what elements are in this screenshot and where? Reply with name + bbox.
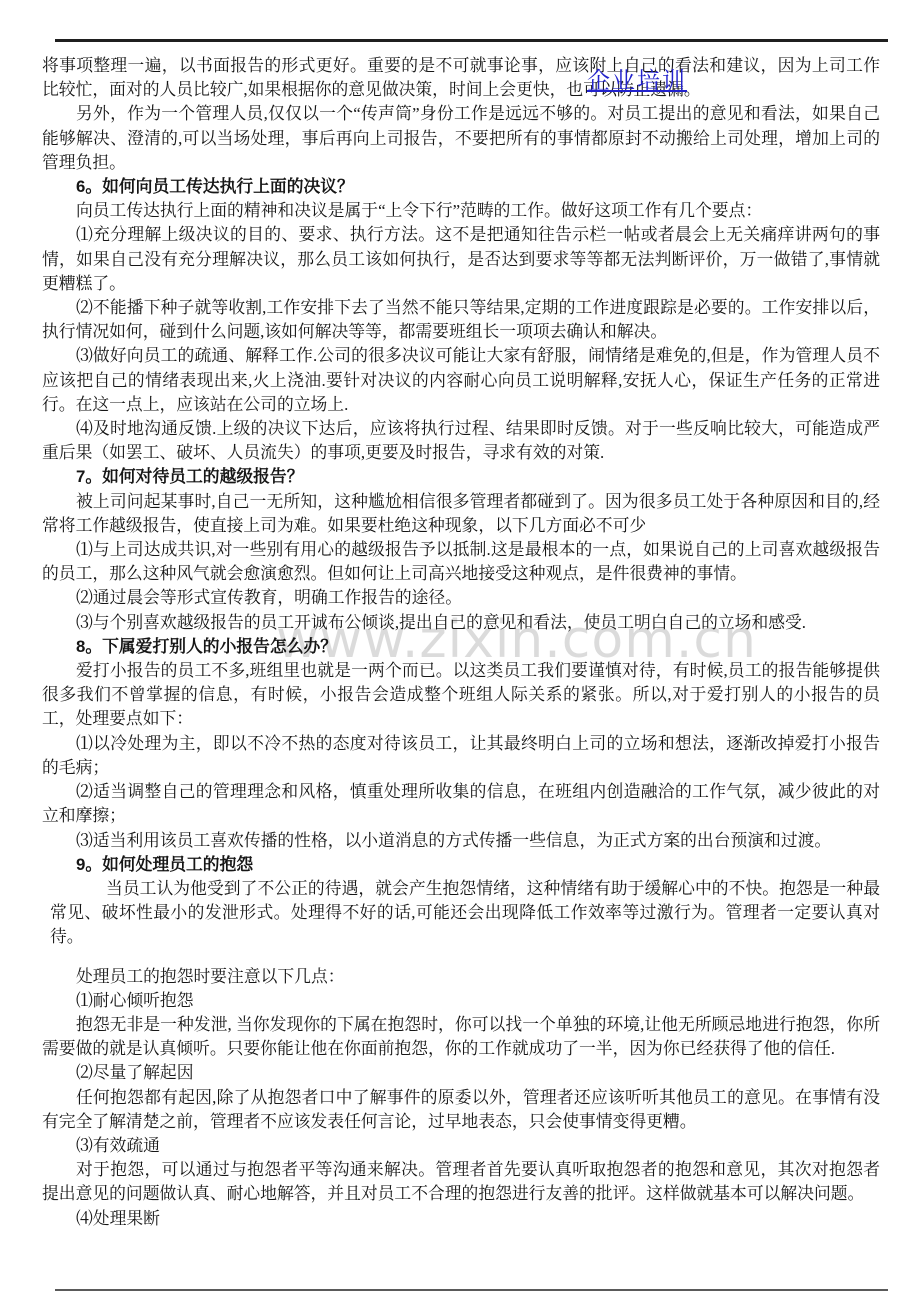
paragraph: ⑶与个别喜欢越级报告的员工开诚布公倾谈,提出自己的意见和看法，使员工明白自己的立… [42, 611, 880, 635]
section-heading: 9。如何处理员工的抱怨 [42, 853, 880, 877]
paragraph: 被上司问起某事时,自己一无所知，这种尴尬相信很多管理者都碰到了。因为很多员工处于… [42, 490, 880, 538]
paragraph: 另外，作为一个管理人员,仅仅以一个“传声筒”身份工作是远远不够的。对员工提出的意… [42, 102, 880, 175]
paragraph: ⑶有效疏通 [42, 1134, 880, 1158]
paragraph: 爱打小报告的员工不多,班组里也就是一两个而已。以这类员工我们要谨慎对待，有时候,… [42, 659, 880, 732]
paragraph: 对于抱怨，可以通过与抱怨者平等沟通来解决。管理者首先要认真听取抱怨者的抱怨和意见… [42, 1158, 880, 1206]
paragraph: ⑴充分理解上级决议的目的、要求、执行方法。这不是把通知往告示栏一帖或者晨会上无关… [42, 223, 880, 296]
header-label: 企业培训 [587, 62, 687, 95]
paragraph: ⑵不能播下种子就等收割,工作安排下去了当然不能只等结果,定期的工作进度跟踪是必要… [42, 296, 880, 344]
paragraph: ⑵通过晨会等形式宣传教育，明确工作报告的途径。 [42, 586, 880, 610]
paragraph: ⑵尽量了解起因 [42, 1061, 880, 1085]
section-heading: 7。如何对待员工的越级报告？ [42, 465, 880, 489]
section-heading: 6。如何向员工传达执行上面的决议？ [42, 175, 880, 199]
paragraph: 当员工认为他受到了不公正的待遇，就会产生抱怨情绪，这种情绪有助于缓解心中的不快。… [50, 877, 880, 950]
document-page: 企业培训 www.zixin.com.cn 将事项整理一遍，以书面报告的形式更好… [0, 0, 920, 1302]
paragraph: 向员工传达执行上面的精神和决议是属于“上令下行”范畴的工作。做好这项工作有几个要… [42, 199, 880, 223]
paragraph: 处理员工的抱怨时要注意以下几点： [42, 965, 880, 989]
paragraph: ⑴与上司达成共识,对一些别有用心的越级报告予以抵制.这是最根本的一点，如果说自己… [42, 538, 880, 586]
paragraph: ⑴耐心倾听抱怨 [42, 989, 880, 1013]
paragraph: ⑴以冷处理为主，即以不冷不热的态度对待该员工，让其最终明白上司的立场和想法，逐渐… [42, 732, 880, 780]
header-rule [55, 39, 888, 42]
document-body: 将事项整理一遍，以书面报告的形式更好。重要的是不可就事论事，应该附上自己的看法和… [42, 54, 880, 1231]
paragraph: ⑵适当调整自己的管理理念和风格，慎重处理所收集的信息，在班组内创造融洽的工作气氛… [42, 780, 880, 828]
paragraph: 任何抱怨都有起因,除了从抱怨者口中了解事件的原委以外，管理者还应该听听其他员工的… [42, 1086, 880, 1134]
paragraph: ⑷及时地沟通反馈.上级的决议下达后，应该将执行过程、结果即时反馈。对于一些反响比… [42, 417, 880, 465]
paragraph: ⑶适当利用该员工喜欢传播的性格，以小道消息的方式传播一些信息，为正式方案的出台预… [42, 829, 880, 853]
paragraph: 将事项整理一遍，以书面报告的形式更好。重要的是不可就事论事，应该附上自己的看法和… [42, 54, 880, 102]
section-heading: 8。下属爱打别人的小报告怎么办？ [42, 635, 880, 659]
paragraph: ⑶做好向员工的疏通、解释工作.公司的很多决议可能让大家有舒服，闹情绪是难免的,但… [42, 344, 880, 417]
paragraph: ⑷处理果断 [42, 1207, 880, 1231]
footer-rule [55, 1289, 888, 1291]
paragraph: 抱怨无非是一种发泄, 当你发现你的下属在抱怨时，你可以找一个单独的环境,让他无所… [42, 1013, 880, 1061]
